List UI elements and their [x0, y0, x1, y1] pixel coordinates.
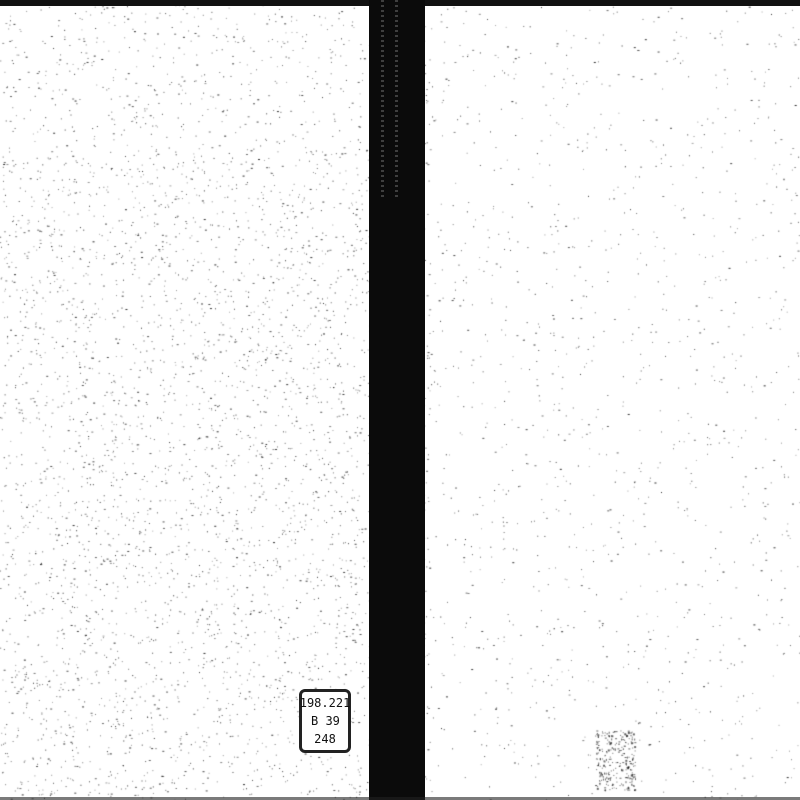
spine-texture [381, 0, 384, 200]
spine-texture [395, 0, 398, 200]
book-spine [369, 0, 425, 800]
back-cover [0, 6, 369, 800]
call-number-cutter: B 39 [302, 714, 340, 728]
call-number-class: 198.221 [300, 696, 351, 710]
call-number-item: 248 [314, 732, 336, 746]
front-cover [425, 6, 800, 800]
call-number-label: 198.221 B 39 248 [299, 689, 351, 753]
